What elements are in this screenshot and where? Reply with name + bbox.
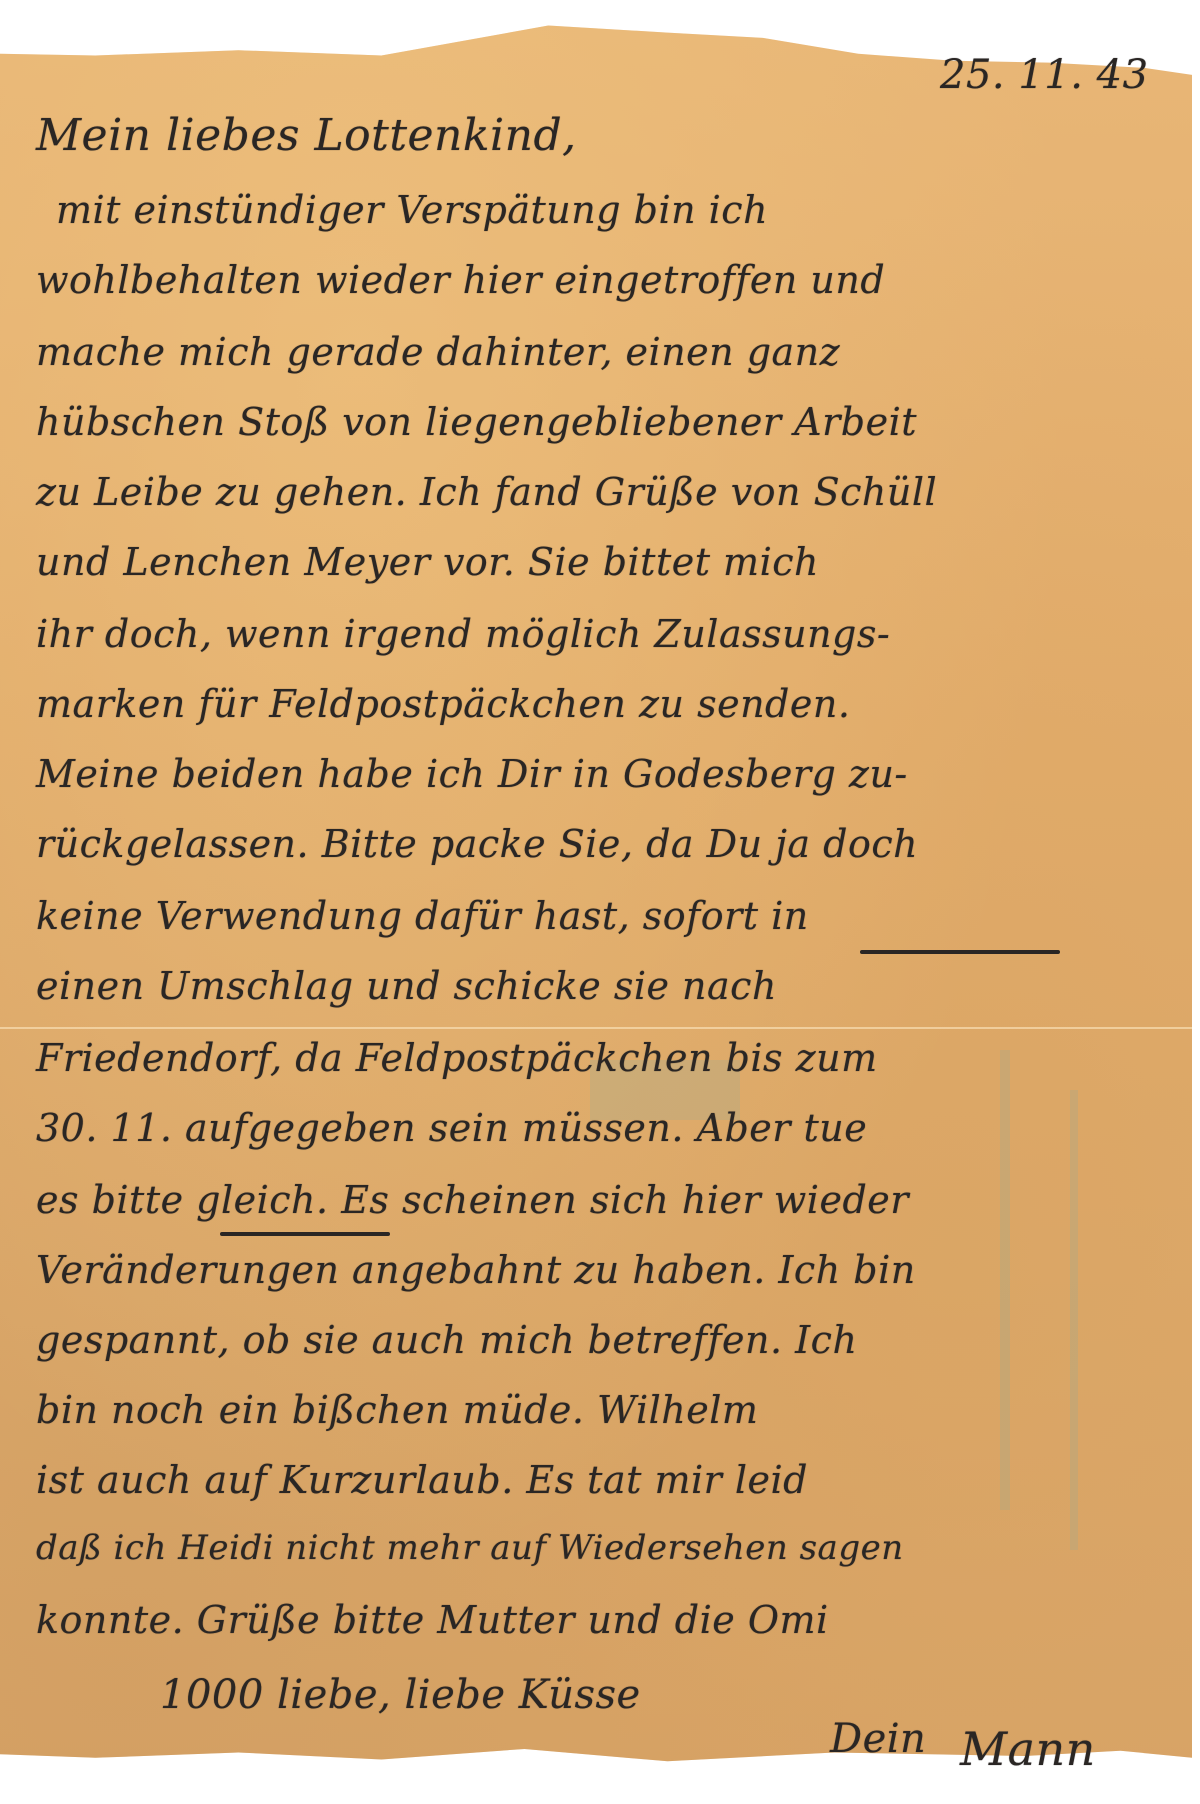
letter-line: es bitte gleich. Es scheinen sich hier w… <box>36 1178 909 1222</box>
letter-signoff: Dein <box>830 1716 926 1762</box>
letter-line: Veränderungen angebahnt zu haben. Ich bi… <box>36 1248 916 1292</box>
letter-line: wohlbehalten wieder hier eingetroffen un… <box>36 258 885 302</box>
letter-line: 30. 11. aufgegeben sein müssen. Aber tue <box>36 1106 867 1150</box>
letter-date: 25. 11. 43 <box>940 52 1149 98</box>
letter-salutation: Mein liebes Lottenkind, <box>36 110 577 161</box>
letter-line: rückgelassen. Bitte packe Sie, da Du ja … <box>36 822 918 866</box>
letter-closing: 1000 liebe, liebe Küsse <box>160 1672 641 1718</box>
letter-line: mache mich gerade dahinter, einen ganz <box>36 330 840 374</box>
letter-line: zu Leibe zu gehen. Ich fand Grüße von Sc… <box>36 470 937 514</box>
underline-sofort <box>860 950 1060 954</box>
letter-line: marken für Feldpostpäckchen zu senden. <box>36 682 850 726</box>
faint-stamp-mark <box>1070 1090 1078 1550</box>
letter-line: einen Umschlag und schicke sie nach <box>36 964 777 1008</box>
paper-fold-line <box>0 1027 1192 1029</box>
letter-line: bin noch ein bißchen müde. Wilhelm <box>36 1388 758 1432</box>
letter-line: Meine beiden habe ich Dir in Godesberg z… <box>36 752 908 796</box>
faint-stamp-mark <box>1000 1050 1010 1510</box>
letter-line: keine Verwendung dafür hast, sofort in <box>36 894 809 938</box>
letter-line: und Lenchen Meyer vor. Sie bittet mich <box>36 540 819 584</box>
letter-signature: Mann <box>960 1722 1096 1776</box>
letter-line: hübschen Stoß von liegengebliebener Arbe… <box>36 400 917 444</box>
letter-line: gespannt, ob sie auch mich betreffen. Ic… <box>36 1318 857 1362</box>
letter-line: ihr doch, wenn irgend möglich Zulassungs… <box>36 612 890 656</box>
letter-line: Friedendorf, da Feldpostpäckchen bis zum <box>36 1036 878 1080</box>
letter-line: konnte. Grüße bitte Mutter und die Omi <box>36 1598 829 1642</box>
underline-gleich <box>220 1232 390 1236</box>
letter-line: daß ich Heidi nicht mehr auf Wiedersehen… <box>36 1528 904 1568</box>
letter-line: ist auch auf Kurzurlaub. Es tat mir leid <box>36 1458 808 1502</box>
letter-line: mit einstündiger Verspätung bin ich <box>56 188 768 232</box>
